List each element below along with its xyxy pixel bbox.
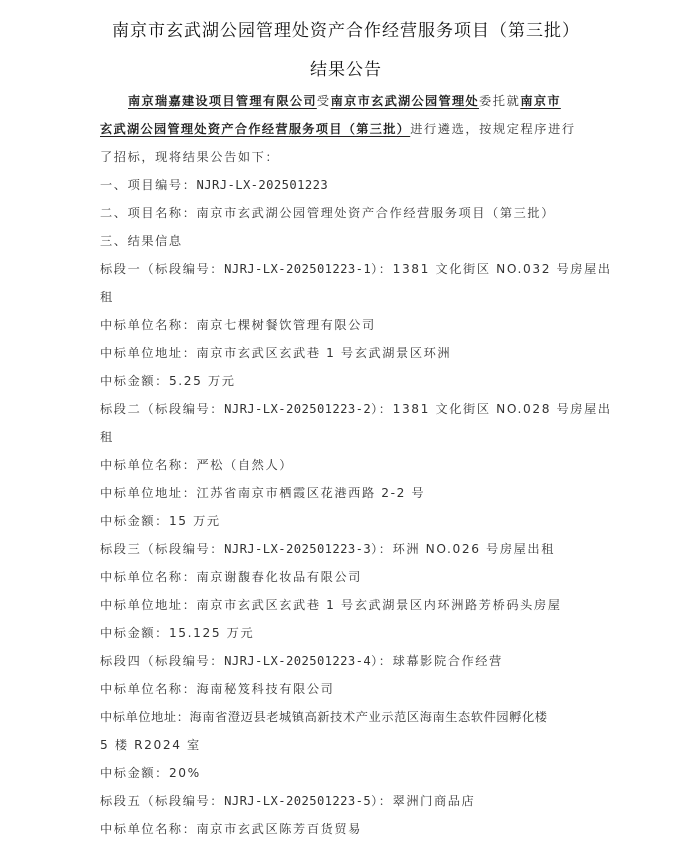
winner-address-line: 中标单位地址：海南省澄迈县老城镇高新技术产业示范区海南生态软件园孵化楼 xyxy=(100,703,600,731)
lot-description: ）：1381 文化街区 NO.032 号房屋出 xyxy=(371,262,612,276)
title-line-2: 结果公告 xyxy=(0,55,692,80)
winner-label: 中标单位名称： xyxy=(100,822,197,836)
title-line-1: 南京市玄武湖公园管理处资产合作经营服务项目（第三批） xyxy=(0,16,692,41)
winner-address-line: 中标单位地址：南京市玄武区玄武巷 1 号玄武湖景区内环洲路芳桥码头房屋 xyxy=(100,591,600,619)
winner-label: 中标单位名称： xyxy=(100,682,197,696)
amount-line: 中标金额：15.125 万元 xyxy=(100,619,600,647)
project-name-part1: 南京市 xyxy=(520,94,560,108)
project-number: NJRJ-LX-202501223 xyxy=(197,178,329,192)
winner-name: 南京七棵树餐饮管理有限公司 xyxy=(197,318,376,332)
agency-name: 南京瑞嘉建设项目管理有限公司 xyxy=(128,94,317,108)
lot-description: ）：环洲 NO.026 号房屋出租 xyxy=(371,542,555,556)
amount-line: 中标金额：20% xyxy=(100,759,600,787)
winner-name: 南京谢馥春化妆品有限公司 xyxy=(197,570,362,584)
result-info-heading: 三、结果信息 xyxy=(100,227,600,255)
amount-line: 中标金额：5.25 万元 xyxy=(100,367,600,395)
winner-address-line: 中标单位地址：江苏省南京市栖霞区花港西路 2-2 号 xyxy=(100,479,600,507)
address-label: 中标单位地址： xyxy=(100,710,190,724)
winner-address: 江苏省南京市栖霞区花港西路 2-2 号 xyxy=(197,486,426,500)
intro-paragraph: 南京瑞嘉建设项目管理有限公司受南京市玄武湖公园管理处委托就南京市玄武湖公园管理处… xyxy=(100,87,600,171)
lot-label: 标段二（标段编号： xyxy=(100,402,224,416)
lot-header: 标段一（标段编号：NJRJ-LX-202501223-1）：1381 文化街区 … xyxy=(100,255,600,283)
address-label: 中标单位地址： xyxy=(100,486,197,500)
amount-label: 中标金额： xyxy=(100,374,169,388)
winning-amount: 5.25 万元 xyxy=(169,374,236,388)
client-name: 南京市玄武湖公园管理处 xyxy=(331,94,479,108)
lot-code: NJRJ-LX-202501223-4 xyxy=(224,654,371,668)
project-number-label: 一、项目编号： xyxy=(100,178,197,192)
lot-code: NJRJ-LX-202501223-1 xyxy=(224,262,371,276)
address-label: 中标单位地址： xyxy=(100,346,197,360)
project-name-line: 二、项目名称：南京市玄武湖公园管理处资产合作经营服务项目（第三批） xyxy=(100,199,600,227)
winner-address-wrap: 5 楼 R2024 室 xyxy=(100,731,600,759)
lot-header: 标段四（标段编号：NJRJ-LX-202501223-4）：球幕影院合作经营 xyxy=(100,647,600,675)
amount-label: 中标金额： xyxy=(100,626,169,640)
winner-name: 海南秘笈科技有限公司 xyxy=(197,682,335,696)
winner-label: 中标单位名称： xyxy=(100,318,197,332)
winner-name-line: 中标单位名称：严松（自然人） xyxy=(100,451,600,479)
project-number-line: 一、项目编号：NJRJ-LX-202501223 xyxy=(100,171,600,199)
lot-code: NJRJ-LX-202501223-5 xyxy=(224,794,371,808)
lot-description: ）：球幕影院合作经营 xyxy=(371,654,503,668)
intro-text-3: 进行遴选，按规定程序进行 xyxy=(410,122,575,136)
winner-label: 中标单位名称： xyxy=(100,570,197,584)
lot-code: NJRJ-LX-202501223-2 xyxy=(224,402,371,416)
winner-address: 海南省澄迈县老城镇高新技术产业示范区海南生态软件园孵化楼 xyxy=(190,710,548,724)
lot-header-wrap: 租 xyxy=(100,283,600,311)
winner-name: 南京市玄武区陈芳百货贸易 xyxy=(197,822,362,836)
winner-name-line: 中标单位名称：海南秘笈科技有限公司 xyxy=(100,675,600,703)
winner-name-line: 中标单位名称：南京七棵树餐饮管理有限公司 xyxy=(100,311,600,339)
amount-line: 中标金额：15 万元 xyxy=(100,507,600,535)
lot-label: 标段五（标段编号： xyxy=(100,794,224,808)
winning-amount: 15 万元 xyxy=(169,514,221,528)
intro-text-1: 受 xyxy=(317,94,331,108)
announcement-body: 一、项目编号：NJRJ-LX-202501223 二、项目名称：南京市玄武湖公园… xyxy=(100,171,600,843)
winning-amount: 20% xyxy=(169,766,201,780)
lot-label: 标段一（标段编号： xyxy=(100,262,224,276)
lot-label: 标段四（标段编号： xyxy=(100,654,224,668)
amount-label: 中标金额： xyxy=(100,514,169,528)
amount-label: 中标金额： xyxy=(100,766,169,780)
lot-description: ）：翠洲门商品店 xyxy=(371,794,475,808)
winner-label: 中标单位名称： xyxy=(100,458,197,472)
winner-address: 南京市玄武区玄武巷 1 号玄武湖景区内环洲路芳桥码头房屋 xyxy=(197,598,562,612)
project-name: 南京市玄武湖公园管理处资产合作经营服务项目（第三批） xyxy=(197,206,555,220)
winner-name: 严松（自然人） xyxy=(197,458,294,472)
winner-address: 南京市玄武区玄武巷 1 号玄武湖景区环洲 xyxy=(197,346,452,360)
lot-code: NJRJ-LX-202501223-3 xyxy=(224,542,371,556)
lot-header: 标段二（标段编号：NJRJ-LX-202501223-2）：1381 文化街区 … xyxy=(100,395,600,423)
winner-address-line: 中标单位地址：南京市玄武区玄武巷 1 号玄武湖景区环洲 xyxy=(100,339,600,367)
lot-header: 标段五（标段编号：NJRJ-LX-202501223-5）：翠洲门商品店 xyxy=(100,787,600,815)
address-label: 中标单位地址： xyxy=(100,598,197,612)
winner-name-line: 中标单位名称：南京市玄武区陈芳百货贸易 xyxy=(100,815,600,843)
lot-label: 标段三（标段编号： xyxy=(100,542,224,556)
lot-header-wrap: 租 xyxy=(100,423,600,451)
intro-text-2: 委托就 xyxy=(479,94,520,108)
winning-amount: 15.125 万元 xyxy=(169,626,254,640)
lot-description: ）：1381 文化街区 NO.028 号房屋出 xyxy=(371,402,612,416)
winner-name-line: 中标单位名称：南京谢馥春化妆品有限公司 xyxy=(100,563,600,591)
project-name-part2: 玄武湖公园管理处资产合作经营服务项目（第三批） xyxy=(100,122,410,136)
lot-header: 标段三（标段编号：NJRJ-LX-202501223-3）：环洲 NO.026 … xyxy=(100,535,600,563)
intro-text-4: 了招标，现将结果公告如下： xyxy=(100,150,279,164)
project-name-label: 二、项目名称： xyxy=(100,206,197,220)
